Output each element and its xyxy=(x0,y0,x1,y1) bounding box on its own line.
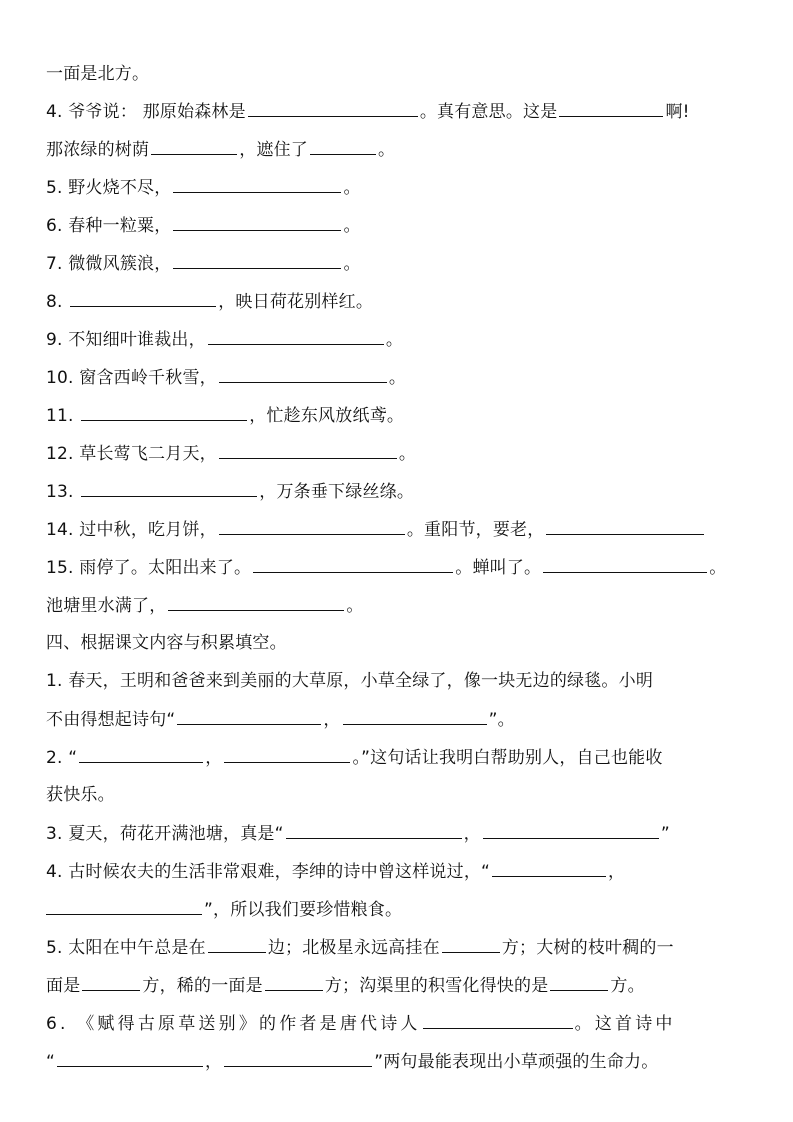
line-text: 9. 不知细叶谁裁出， xyxy=(46,330,206,350)
line-text: 方；沟渠里的积雪化得快的是 xyxy=(325,976,549,996)
text-line: ”，所以我们要珍惜粮食。 xyxy=(46,897,402,922)
line-text: 。 xyxy=(378,140,395,160)
line-text: 边；北极星永远高挂在 xyxy=(268,938,440,958)
line-text: 啊! xyxy=(665,102,689,122)
answer-blank[interactable] xyxy=(483,821,659,839)
line-text: 3. 夏天，荷花开满池塘，真是“ xyxy=(46,824,284,844)
line-text: ，万条垂下绿丝绦。 xyxy=(259,482,414,502)
answer-blank[interactable] xyxy=(543,555,707,573)
answer-blank[interactable] xyxy=(492,859,606,877)
line-text: ， xyxy=(205,748,222,768)
line-text: ”，所以我们要珍惜粮食。 xyxy=(204,900,402,920)
line-text: 获快乐。 xyxy=(46,785,115,805)
question-6: 6. 春种一粒粟，。 xyxy=(46,213,361,238)
line-text: 那浓绿的树荫 xyxy=(46,140,149,160)
line-text: 。 xyxy=(389,368,406,388)
line-text: 5. 野火烧不尽， xyxy=(46,178,171,198)
line-text: ”。 xyxy=(489,710,515,730)
answer-blank[interactable] xyxy=(173,213,341,231)
answer-blank[interactable] xyxy=(219,365,387,383)
question-4: 4. 爷爷说： 那原始森林是。真有意思。这是啊! xyxy=(46,99,690,124)
line-text: 15. 雨停了。太阳出来了。 xyxy=(46,558,251,578)
line-text: 7. 微微风簇浪， xyxy=(46,254,171,274)
s4-question-6: 6. 《赋得古原草送别》的作者是唐代诗人。这首诗中 xyxy=(46,1011,676,1036)
line-text: 1. 春天，王明和爸爸来到美丽的大草原，小草全绿了，像一块无边的绿毯。小明 xyxy=(46,671,653,691)
line-text: ， xyxy=(608,862,625,882)
answer-blank[interactable] xyxy=(286,821,462,839)
worksheet-page: 一面是北方。 4. 爷爷说： 那原始森林是。真有意思。这是啊! 那浓绿的树荫，遮… xyxy=(0,0,793,1122)
answer-blank[interactable] xyxy=(219,441,397,459)
text-line: 一面是北方。 xyxy=(46,62,149,86)
answer-blank[interactable] xyxy=(208,327,384,345)
text-line: “，”两句最能表现出小草顽强的生命力。 xyxy=(46,1049,658,1074)
line-text: “ xyxy=(46,1052,55,1072)
answer-blank[interactable] xyxy=(442,935,500,953)
text-line: 不由得想起诗句“，”。 xyxy=(46,707,515,732)
text-line: 那浓绿的树荫，遮住了。 xyxy=(46,137,395,162)
line-text: 池塘里水满了， xyxy=(46,596,166,616)
line-text: 。真有意思。这是 xyxy=(420,102,558,122)
line-text: 方，稀的一面是 xyxy=(142,976,262,996)
question-12: 12. 草长莺飞二月天，。 xyxy=(46,441,416,466)
line-text: 14. 过中秋，吃月饼， xyxy=(46,520,217,540)
answer-blank[interactable] xyxy=(173,175,341,193)
line-text: 10. 窗含西岭千秋雪， xyxy=(46,368,217,388)
answer-blank[interactable] xyxy=(82,973,140,991)
s4-question-4: 4. 古时候农夫的生活非常艰难，李绅的诗中曾这样说过，“， xyxy=(46,859,625,884)
answer-blank[interactable] xyxy=(253,555,453,573)
line-text: 。”这句话让我明白帮助别人，自己也能收 xyxy=(352,748,662,768)
line-text: 。这首诗中 xyxy=(575,1014,676,1034)
answer-blank[interactable] xyxy=(177,707,321,725)
line-text: 。蝉叫了。 xyxy=(455,558,541,578)
answer-blank[interactable] xyxy=(79,745,203,763)
line-text: ” xyxy=(661,824,670,844)
line-text: 。 xyxy=(343,178,360,198)
line-text: 4. 爷爷说： 那原始森林是 xyxy=(46,102,246,122)
question-15: 15. 雨停了。太阳出来了。。蝉叫了。。 xyxy=(46,555,726,580)
answer-blank[interactable] xyxy=(151,137,237,155)
line-text: 。 xyxy=(346,596,363,616)
answer-blank[interactable] xyxy=(208,935,266,953)
answer-blank[interactable] xyxy=(81,403,247,421)
answer-blank[interactable] xyxy=(310,137,376,155)
question-14: 14. 过中秋，吃月饼，。重阳节，要老， xyxy=(46,517,706,542)
s4-question-3: 3. 夏天，荷花开满池塘，真是“，” xyxy=(46,821,670,846)
line-text: 。 xyxy=(343,216,360,236)
text-line: 面是方，稀的一面是方；沟渠里的积雪化得快的是方。 xyxy=(46,973,645,998)
answer-blank[interactable] xyxy=(224,1049,372,1067)
line-text: ， xyxy=(323,710,340,730)
answer-blank[interactable] xyxy=(343,707,487,725)
section-title: 四、根据课文内容与积累填空。 xyxy=(46,633,287,653)
line-text: 8. xyxy=(46,292,68,312)
line-text: 一面是北方。 xyxy=(46,64,149,84)
answer-blank[interactable] xyxy=(57,1049,203,1067)
answer-blank[interactable] xyxy=(224,745,350,763)
answer-blank[interactable] xyxy=(423,1011,573,1029)
answer-blank[interactable] xyxy=(46,897,202,915)
line-text: 6. 春种一粒粟， xyxy=(46,216,171,236)
answer-blank[interactable] xyxy=(168,593,344,611)
line-text: 2. “ xyxy=(46,748,77,768)
line-text: ，映日荷花别样红。 xyxy=(218,292,373,312)
answer-blank[interactable] xyxy=(81,479,257,497)
question-8: 8. ，映日荷花别样红。 xyxy=(46,289,373,314)
line-text: 方。 xyxy=(610,976,644,996)
s4-question-5: 5. 太阳在中午总是在边；北极星永远高挂在方；大树的枝叶稠的一 xyxy=(46,935,674,960)
s4-question-1: 1. 春天，王明和爸爸来到美丽的大草原，小草全绿了，像一块无边的绿毯。小明 xyxy=(46,669,653,693)
line-text: 11. xyxy=(46,406,79,426)
answer-blank[interactable] xyxy=(265,973,323,991)
question-11: 11. ，忙趁东风放纸鸢。 xyxy=(46,403,404,428)
answer-blank[interactable] xyxy=(248,99,418,117)
line-text: ，忙趁东风放纸鸢。 xyxy=(249,406,404,426)
question-7: 7. 微微风簇浪，。 xyxy=(46,251,361,276)
answer-blank[interactable] xyxy=(219,517,405,535)
line-text: 5. 太阳在中午总是在 xyxy=(46,938,206,958)
line-text: ， xyxy=(205,1052,222,1072)
question-10: 10. 窗含西岭千秋雪，。 xyxy=(46,365,406,390)
line-text: 。 xyxy=(709,558,726,578)
line-text: 12. 草长莺飞二月天， xyxy=(46,444,217,464)
answer-blank[interactable] xyxy=(550,973,608,991)
line-text: 面是 xyxy=(46,976,80,996)
answer-blank[interactable] xyxy=(546,517,704,535)
line-text: ，遮住了 xyxy=(239,140,308,160)
question-9: 9. 不知细叶谁裁出，。 xyxy=(46,327,403,352)
text-line: 池塘里水满了，。 xyxy=(46,593,364,618)
line-text: 。 xyxy=(386,330,403,350)
text-line: 获快乐。 xyxy=(46,783,115,807)
line-text: 方；大树的枝叶稠的一 xyxy=(502,938,674,958)
line-text: 不由得想起诗句“ xyxy=(46,710,175,730)
line-text: 13. xyxy=(46,482,79,502)
line-text: 。 xyxy=(343,254,360,274)
question-13: 13. ，万条垂下绿丝绦。 xyxy=(46,479,414,504)
line-text: ， xyxy=(464,824,481,844)
line-text: 。 xyxy=(399,444,416,464)
question-5: 5. 野火烧不尽，。 xyxy=(46,175,361,200)
line-text: 6. 《赋得古原草送别》的作者是唐代诗人 xyxy=(46,1014,421,1034)
line-text: 。重阳节，要老， xyxy=(407,520,545,540)
answer-blank[interactable] xyxy=(173,251,341,269)
line-text: 4. 古时候农夫的生活非常艰难，李绅的诗中曾这样说过，“ xyxy=(46,862,490,882)
line-text: ”两句最能表现出小草顽强的生命力。 xyxy=(374,1052,658,1072)
s4-question-2: 2. “，。”这句话让我明白帮助别人，自己也能收 xyxy=(46,745,663,770)
answer-blank[interactable] xyxy=(559,99,663,117)
answer-blank[interactable] xyxy=(70,289,216,307)
section-4-heading: 四、根据课文内容与积累填空。 xyxy=(46,631,287,655)
